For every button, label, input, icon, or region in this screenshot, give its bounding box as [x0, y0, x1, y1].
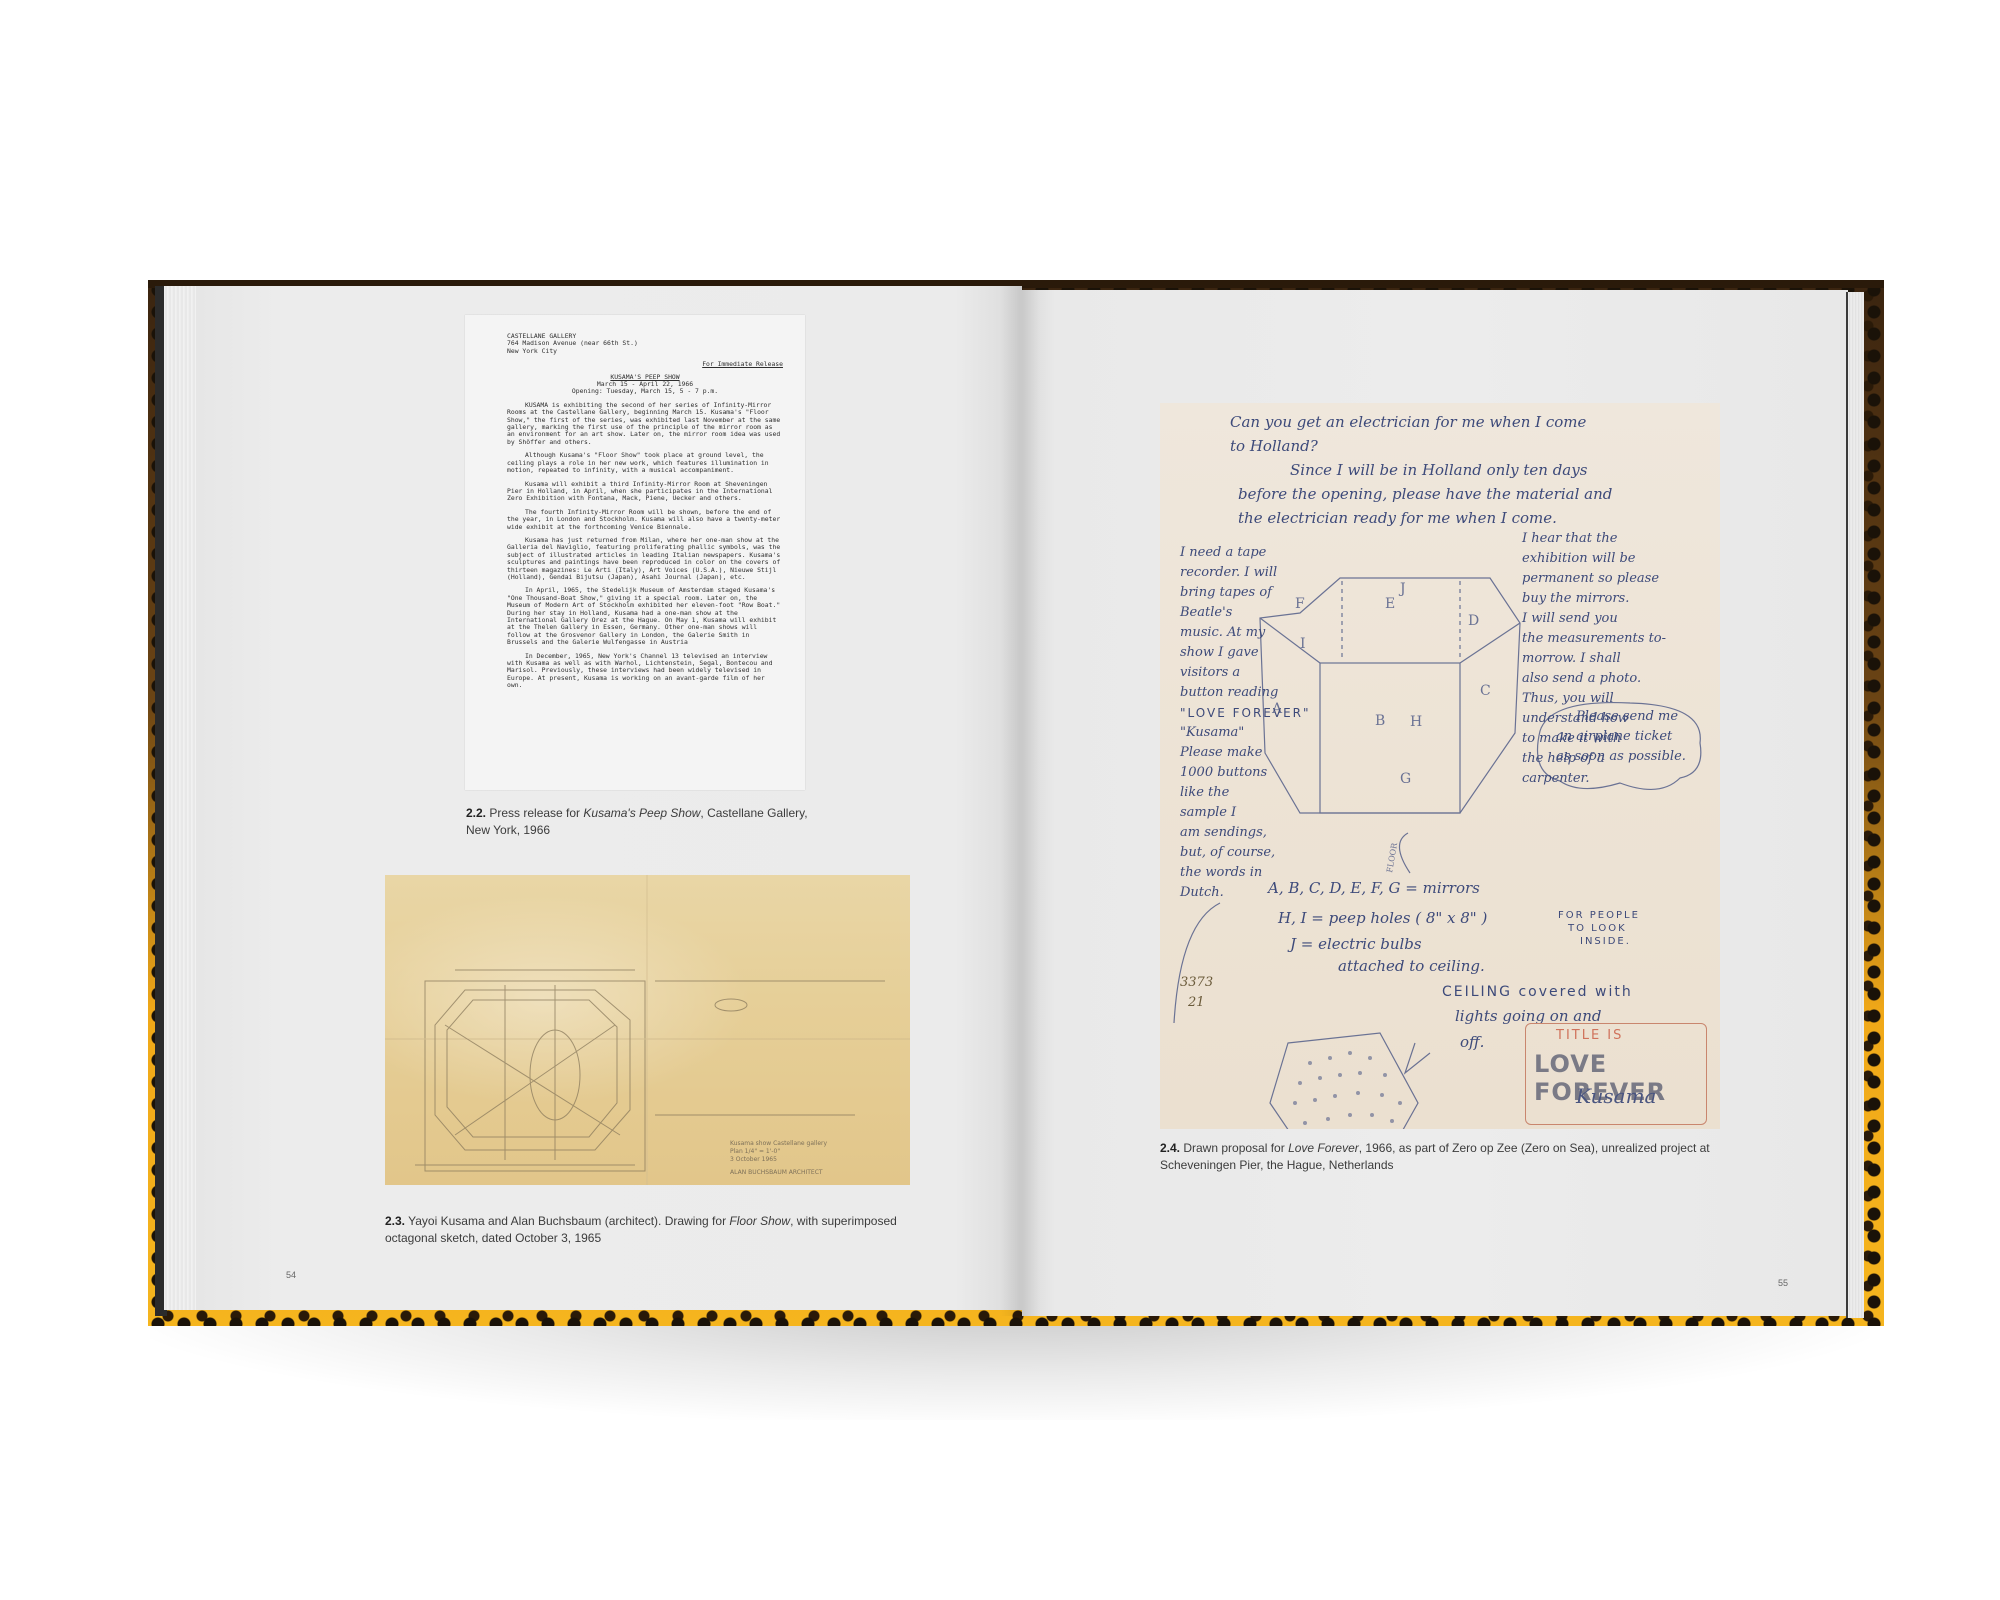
- letter-line: I hear that the: [1522, 529, 1666, 549]
- letter-line: like the: [1180, 783, 1311, 803]
- floor-plan-label: Plan 1/4" = 1'-0": [730, 1148, 780, 1155]
- letter-line: I need a tape: [1180, 543, 1311, 563]
- letter-line: exhibition will be: [1522, 549, 1666, 569]
- legend-bulbs: attached to ceiling.: [1338, 955, 1485, 977]
- book-gutter: [1000, 286, 1040, 1316]
- press-release-opening: Opening: Tuesday, March 15, 5 - 7 p.m.: [507, 388, 783, 395]
- letter-line: Since I will be in Holland only ten days: [1290, 459, 1587, 481]
- mirror-label-c: C: [1480, 683, 1491, 699]
- caption-text: octagonal sketch, dated October 3, 1965: [385, 1231, 601, 1245]
- letter-line: I will send you: [1522, 609, 1666, 629]
- caption-fig-2-3: 2.3. Yayoi Kusama and Alan Buchsbaum (ar…: [385, 1213, 925, 1247]
- caption-title: Kusama's Peep Show: [583, 806, 700, 820]
- ticket-request-bubble: Please send me an airplane ticket as soo…: [1556, 707, 1686, 767]
- mirror-label-d: D: [1468, 613, 1479, 629]
- letter-line: button reading: [1180, 683, 1311, 703]
- page-stack-right: [1846, 292, 1864, 1318]
- legend-note: FOR PEOPLE: [1558, 909, 1640, 922]
- floor-plan-label: Kusama show Castellane gallery: [730, 1140, 828, 1147]
- caption-fig-2-4: 2.4. Drawn proposal for Love Forever, 19…: [1160, 1140, 1740, 1174]
- letter-line: carpenter.: [1522, 769, 1666, 789]
- letter-line: recorder. I will: [1180, 563, 1311, 583]
- letter-line: the measurements to-: [1522, 629, 1666, 649]
- letter-line: "LOVE FOREVER": [1180, 703, 1311, 723]
- caption-text: , Castellane Gallery,: [700, 806, 807, 820]
- floor-label: FLOOR: [1385, 841, 1399, 873]
- letter-line: sample I: [1180, 803, 1311, 823]
- letter-line: permanent so please: [1522, 569, 1666, 589]
- letter-line: bring tapes of: [1180, 583, 1311, 603]
- press-paragraph: KUSAMA is exhibiting the second of her s…: [507, 402, 783, 446]
- stamp-signature: Kusama: [1576, 1084, 1656, 1108]
- handwritten-letter: F E D A B C G H I J FLOOR Can you get an…: [1160, 403, 1720, 1129]
- caption-text: Drawn proposal for: [1180, 1141, 1288, 1155]
- bulb-label-j: J: [1398, 581, 1406, 597]
- mirror-label-g: G: [1400, 771, 1411, 787]
- caption-number: 2.4.: [1160, 1141, 1180, 1155]
- letter-line: the electrician ready for me when I come…: [1238, 507, 1557, 529]
- letter-line: 1000 buttons: [1180, 763, 1311, 783]
- letter-line: an airplane ticket: [1556, 727, 1686, 747]
- letter-line: Beatle's: [1180, 603, 1311, 623]
- caption-text: Scheveningen Pier, the Hague, Netherland…: [1160, 1158, 1394, 1172]
- letter-line: before the opening, please have the mate…: [1238, 483, 1612, 505]
- letter-line: morrow. I shall: [1522, 649, 1666, 669]
- mirror-label-e: E: [1385, 596, 1395, 612]
- archive-number: 21: [1188, 993, 1205, 1013]
- press-paragraph: In December, 1965, New York's Channel 13…: [507, 653, 783, 690]
- archive-number: 3373: [1180, 973, 1213, 993]
- letter-line: music. At my: [1180, 623, 1311, 643]
- press-release-image: CASTELLANE GALLERY 764 Madison Avenue (n…: [465, 315, 805, 790]
- letter-line: as soon as possible.: [1556, 747, 1686, 767]
- press-release-header: CASTELLANE GALLERY 764 Madison Avenue (n…: [507, 333, 783, 355]
- letter-line: show I gave: [1180, 643, 1311, 663]
- caption-fig-2-2: 2.2. Press release for Kusama's Peep Sho…: [466, 805, 826, 839]
- legend-peep-holes: H, I = peep holes ( 8" x 8" ): [1278, 907, 1487, 929]
- letter-line: Please make: [1180, 743, 1311, 763]
- letter-line: to Holland?: [1230, 435, 1318, 457]
- caption-text: New York, 1966: [466, 823, 550, 837]
- caption-title: Love Forever: [1288, 1141, 1359, 1155]
- letter-line: "Kusama": [1180, 723, 1311, 743]
- floor-plan-drawing: Kusama show Castellane gallery Plan 1/4"…: [385, 875, 910, 1185]
- caption-number: 2.2.: [466, 806, 486, 820]
- ceiling-note: off.: [1460, 1031, 1484, 1053]
- letter-line: buy the mirrors.: [1522, 589, 1666, 609]
- page-number-right: 55: [1778, 1278, 1788, 1288]
- letter-line: Thus, you will: [1522, 689, 1666, 709]
- letter-line: Please send me: [1556, 707, 1686, 727]
- legend-note: INSIDE.: [1580, 935, 1631, 948]
- letter-line: but, of course,: [1180, 843, 1311, 863]
- mirror-label-b: B: [1375, 713, 1385, 729]
- legend-note: TO LOOK: [1568, 922, 1627, 935]
- floor-plan-sketch: Kusama show Castellane gallery Plan 1/4"…: [385, 875, 910, 1185]
- floor-plan-label: ALAN BUCHSBAUM ARCHITECT: [730, 1169, 823, 1176]
- ceiling-note: CEILING covered with: [1442, 981, 1633, 1003]
- floor-plan-label: 3 October 1965: [730, 1156, 777, 1163]
- release-label: For Immediate Release: [507, 361, 783, 368]
- caption-title: Floor Show: [729, 1214, 790, 1228]
- press-paragraph: Although Kusama's "Floor Show" took plac…: [507, 452, 783, 474]
- press-paragraph: In April, 1965, the Stedelijk Museum of …: [507, 587, 783, 646]
- caption-text: , 1966, as part of Zero op Zee (Zero on …: [1359, 1141, 1710, 1155]
- title-stamp: TITLE IS LOVE FOREVER Kusama: [1525, 1023, 1707, 1125]
- page-number-left: 54: [286, 1270, 296, 1280]
- letter-line: also send a photo.: [1522, 669, 1666, 689]
- press-release-title-block: KUSAMA'S PEEP SHOW March 15 - April 22, …: [507, 374, 783, 396]
- legend-mirrors: A, B, C, D, E, F, G = mirrors: [1268, 877, 1480, 899]
- caption-number: 2.3.: [385, 1214, 405, 1228]
- gallery-city: New York City: [507, 348, 783, 355]
- stamp-title-label: TITLE IS: [1556, 1028, 1623, 1043]
- letter-line: am sendings,: [1180, 823, 1311, 843]
- press-paragraph: Kusama has just returned from Milan, whe…: [507, 537, 783, 581]
- caption-text: Yayoi Kusama and Alan Buchsbaum (archite…: [405, 1214, 729, 1228]
- letter-left-column: I need a tape recorder. I will bring tap…: [1180, 543, 1311, 903]
- letter-line: Can you get an electrician for me when I…: [1230, 411, 1586, 433]
- letter-line: visitors a: [1180, 663, 1311, 683]
- press-paragraph: The fourth Infinity-Mirror Room will be …: [507, 509, 783, 531]
- press-paragraph: Kusama will exhibit a third Infinity-Mir…: [507, 481, 783, 503]
- peep-hole-label-h: H: [1410, 714, 1422, 730]
- caption-text: Press release for: [486, 806, 583, 820]
- caption-text: , with superimposed: [790, 1214, 897, 1228]
- legend-bulbs: J = electric bulbs: [1290, 933, 1422, 955]
